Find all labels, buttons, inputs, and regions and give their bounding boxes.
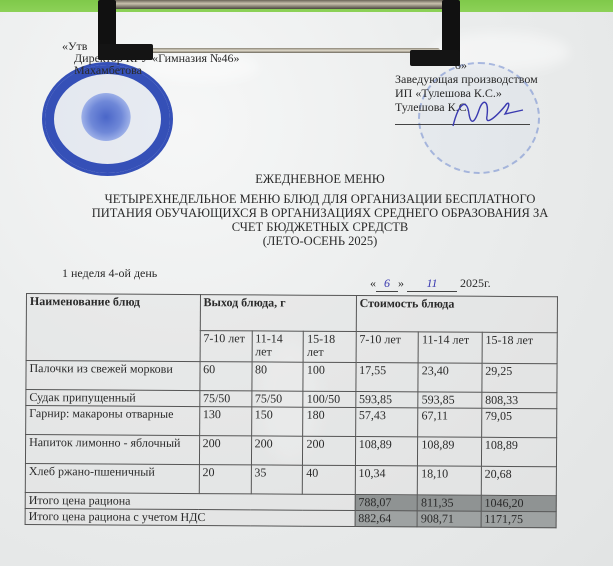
yield-cell: 80 <box>251 362 303 391</box>
yield-cell: 75/50 <box>199 391 251 407</box>
cost-age-11-14: 11-14 лет <box>418 332 482 363</box>
approval-left-line3: Махамбетова <box>74 64 240 76</box>
header-cost: Стоимость блюда <box>356 296 558 333</box>
total-value-cell: 1171,75 <box>481 511 556 527</box>
yield-cell: 200 <box>251 436 303 465</box>
main-title-line2: ПИТАНИЯ ОБУЧАЮЩИХСЯ В ОРГАНИЗАЦИЯХ СРЕДН… <box>60 206 580 220</box>
table-header-row: Наименование блюд Выход блюда, г Стоимос… <box>26 294 557 333</box>
date-month: 11 <box>407 276 457 292</box>
table-row: Хлеб ржано-пшеничный20354010,3418,1020,6… <box>25 463 556 495</box>
yield-age-15-18: 15-18 лет <box>304 331 356 362</box>
cost-cell: 593,85 <box>355 392 418 408</box>
menu-date: «6» 11 2025г. <box>370 276 491 292</box>
table-row: Гарнир: макароны отварные13015018057,436… <box>26 406 557 438</box>
yield-cell: 35 <box>251 465 303 494</box>
total-row: Итого цена рациона с учетом НДС882,64908… <box>25 508 556 527</box>
cost-cell: 29,25 <box>482 363 557 392</box>
yield-age-11-14: 11-14 лет <box>252 331 304 362</box>
yield-cell: 75/50 <box>251 391 303 407</box>
total-value-cell: 908,71 <box>417 511 481 527</box>
table-row: Напиток лимонно - яблочный200200200108,8… <box>25 435 556 467</box>
yield-cell: 100 <box>303 362 355 391</box>
signature-icon <box>445 92 525 132</box>
clipboard-clip-foot-left <box>98 44 153 60</box>
approval-right-line2: Заведующая производством <box>395 72 538 86</box>
clipboard-clip-foot-right <box>410 50 460 66</box>
main-title-line1: ЧЕТЫРЕХНЕДЕЛЬНОЕ МЕНЮ БЛЮД ДЛЯ ОРГАНИЗАЦ… <box>60 192 580 206</box>
yield-age-7-10: 7-10 лет <box>200 331 252 362</box>
dish-name-cell: Палочки из свежей моркови <box>26 361 200 391</box>
cost-cell: 108,89 <box>418 437 482 466</box>
yield-cell: 40 <box>303 465 355 494</box>
cost-cell: 108,89 <box>481 437 556 466</box>
yield-cell: 100/50 <box>303 391 355 407</box>
approval-right-line1: о» <box>455 58 538 72</box>
daily-menu-title: ЕЖЕДНЕВНОЕ МЕНЮ <box>60 172 580 186</box>
total-value-cell: 1046,20 <box>481 495 556 511</box>
clipboard-clip-bar <box>105 0 455 9</box>
dish-name-cell: Напиток лимонно - яблочный <box>25 435 199 465</box>
yield-cell: 150 <box>251 407 303 436</box>
yield-cell: 60 <box>200 362 252 391</box>
yield-cell: 20 <box>199 465 251 494</box>
total-label: Итого цена рациона <box>25 492 355 510</box>
main-title-line3: СЧЕТ БЮДЖЕТНЫХ СРЕДСТВ <box>60 220 580 234</box>
dish-name-cell: Гарнир: макароны отварные <box>26 406 200 436</box>
cost-cell: 20,68 <box>481 466 556 495</box>
total-value-cell: 882,64 <box>355 511 418 527</box>
dish-name-cell: Судак припущенный <box>26 390 200 407</box>
week-day-label: 1 неделя 4-ой день <box>62 266 157 281</box>
yield-cell: 200 <box>199 436 251 465</box>
date-day: 6 <box>376 276 398 292</box>
cost-cell: 67,11 <box>418 408 482 437</box>
official-stamp-left <box>42 62 173 176</box>
season-label: (ЛЕТО-ОСЕНЬ 2025) <box>60 234 580 248</box>
cost-cell: 18,10 <box>418 466 482 495</box>
cost-age-7-10: 7-10 лет <box>356 332 419 363</box>
header-dish-name: Наименование блюд <box>26 294 200 362</box>
total-value-cell: 788,07 <box>355 495 418 511</box>
date-close-quote: » <box>398 276 404 290</box>
cost-cell: 808,33 <box>482 392 557 408</box>
cost-cell: 23,40 <box>418 363 482 392</box>
header-yield: Выход блюда, г <box>200 295 356 332</box>
cost-cell: 17,55 <box>356 363 419 392</box>
cost-cell: 593,85 <box>418 392 482 408</box>
total-value-cell: 811,35 <box>417 495 481 511</box>
cost-cell: 10,34 <box>355 466 418 495</box>
clipboard-clip-wire <box>150 48 440 53</box>
table-row: Палочки из свежей моркови608010017,5523,… <box>26 361 557 393</box>
cost-cell: 57,43 <box>355 408 418 437</box>
yield-cell: 130 <box>199 407 251 436</box>
total-label: Итого цена рациона с учетом НДС <box>25 508 355 526</box>
yield-cell: 180 <box>303 407 355 436</box>
cost-cell: 108,89 <box>355 437 418 466</box>
dish-name-cell: Хлеб ржано-пшеничный <box>25 463 199 493</box>
yield-cell: 200 <box>303 436 355 465</box>
menu-table: Наименование блюд Выход блюда, г Стоимос… <box>25 293 558 528</box>
state-emblem-icon <box>81 93 131 141</box>
date-year: 2025г. <box>460 276 491 290</box>
cost-age-15-18: 15-18 лет <box>482 332 557 363</box>
cost-cell: 79,05 <box>481 408 556 437</box>
menu-main-title: ЧЕТЫРЕХНЕДЕЛЬНОЕ МЕНЮ БЛЮД ДЛЯ ОРГАНИЗАЦ… <box>60 192 580 248</box>
